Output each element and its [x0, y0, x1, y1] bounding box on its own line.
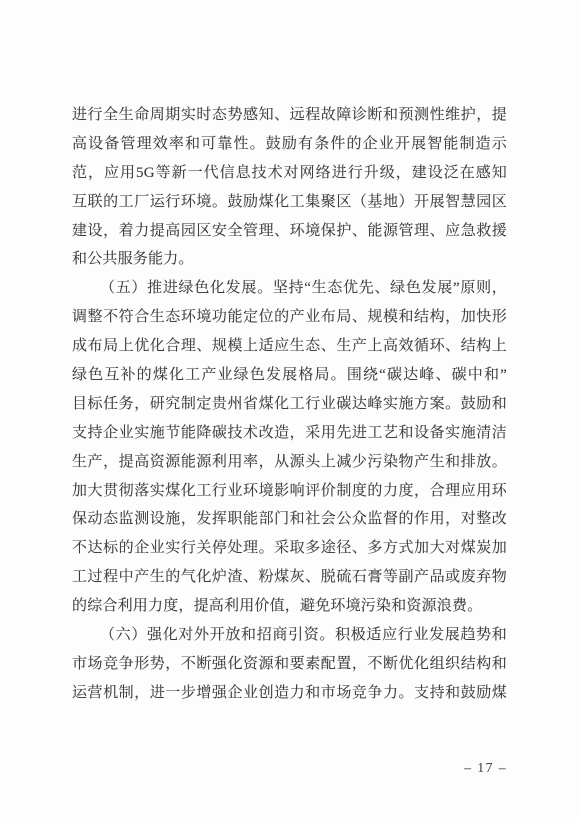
- text-line: 目标任务，研究制定贵州省煤化工行业碳达峰实施方案。鼓励和: [72, 390, 507, 419]
- text-line: 工过程中产生的气化炉渣、粉煤灰、脱硫石膏等副产品或废弃物: [72, 563, 507, 592]
- text-line: 高设备管理效率和可靠性。鼓励有条件的企业开展智能制造示: [72, 130, 507, 159]
- text-line: 生产，提高资源能源利用率，从源头上减少污染物产生和排放。: [72, 448, 507, 477]
- text-line: 不达标的企业实行关停处理。采取多途径、多方式加大对煤炭加: [72, 534, 507, 563]
- text-line: 支持企业实施节能降碳技术改造，采用先进工艺和设备实施清洁: [72, 419, 507, 448]
- text-line: 范，应用5G等新一代信息技术对网络进行升级，建设泛在感知: [72, 159, 507, 188]
- text-line: （六）强化对外开放和招商引资。积极适应行业发展趋势和: [72, 621, 507, 650]
- text-line: 运营机制，进一步增强企业创造力和市场竞争力。支持和鼓励煤: [72, 679, 507, 708]
- text-line: 互联的工厂运行环境。鼓励煤化工集聚区（基地）开展智慧园区: [72, 188, 507, 217]
- page-number: – 17 –: [464, 760, 507, 776]
- text-line: 加大贯彻落实煤化工行业环境影响评价制度的力度，合理应用环: [72, 477, 507, 506]
- text-line: 和公共服务能力。: [72, 245, 507, 274]
- text-line: 市场竞争形势，不断强化资源和要素配置，不断优化组织结构和: [72, 650, 507, 679]
- document-page: 进行全生命周期实时态势感知、远程故障诊断和预测性维护，提高设备管理效率和可靠性。…: [0, 0, 578, 818]
- text-line: （五）推进绿色化发展。坚持“生态优先、绿色发展”原则，: [72, 274, 507, 303]
- text-line: 的综合利用力度，提高利用价值，避免环境污染和资源浪费。: [72, 592, 507, 621]
- text-line: 进行全生命周期实时态势感知、远程故障诊断和预测性维护，提: [72, 101, 507, 130]
- text-line: 成布局上优化合理、规模上适应生态、生产上高效循环、结构上: [72, 332, 507, 361]
- text-line: 保动态监测设施，发挥职能部门和社会公众监督的作用，对整改: [72, 505, 507, 534]
- text-line: 调整不符合生态环境功能定位的产业布局、规模和结构，加快形: [72, 303, 507, 332]
- page-body: 进行全生命周期实时态势感知、远程故障诊断和预测性维护，提高设备管理效率和可靠性。…: [72, 101, 507, 708]
- text-line: 绿色互补的煤化工产业绿色发展格局。围绕“碳达峰、碳中和”: [72, 361, 507, 390]
- text-line: 建设，着力提高园区安全管理、环境保护、能源管理、应急救援: [72, 217, 507, 246]
